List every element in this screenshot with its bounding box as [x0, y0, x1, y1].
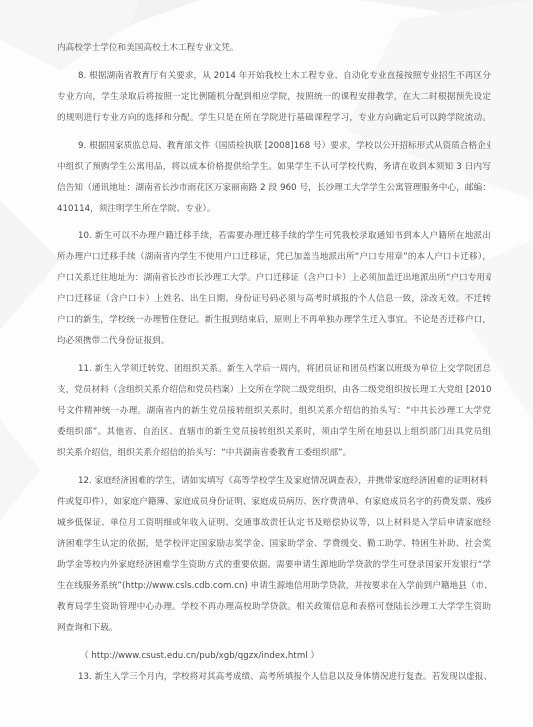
paragraph-12-line: 件或复印件），如家庭户籍簿、家庭成员身份证明、家庭成员病历、医疗费清单、有家庭成…	[57, 496, 491, 508]
paragraph-12-line: 济困难学生认定的依据，是学校评定国家励志奖学金、国家助学金、学费缓交、勤工助学、…	[57, 538, 491, 550]
paragraph-9-line: 410114，须注明学生所在学院、专业）。	[57, 203, 491, 215]
paragraph-12-line: 生在线服务系统”(http://www.csls.cdb.com.cn) 申请生…	[57, 580, 491, 592]
paragraph-11-line: 号文件精神统一办理。湖南省内的新生党员接转组织关系时，组织关系介绍信的抬头写：“…	[57, 405, 491, 417]
paragraph-10-line: 户口迁移证（含户口卡）上姓名、出生日期、身份证号码必须与高考时填报的个人信息一致…	[57, 293, 491, 305]
paragraph-line: 内高校学士学位和美国高校土木工程专业文凭。	[57, 42, 491, 54]
paragraph-11-line: 委组织部”。其他省、自治区、直辖市的新生党员接转组织关系时，须由学生所在地县以上…	[57, 426, 491, 438]
paragraph-12-line: 助学金等校内外家庭经济困难学生资助方式的重要依据。需要申请生源地助学贷款的学生可…	[57, 559, 491, 571]
paragraph-11-line: 支，党员材料（含组织关系介绍信和党员档案）上交所在学院二级党组织，由各二级党组织…	[57, 384, 491, 396]
paragraph-9-line: 中组织了预购学生公寓用品，将以成本价格提供给学生。如果学生不认可学校代购，务请在…	[57, 161, 491, 173]
paragraph-12-line: 网查询和下载。	[57, 622, 491, 634]
paragraph-10-line: 户口的新生，学校统一办理暂住登记。新生报到结束后，原则上不再单独办理学生迁入事宜…	[57, 314, 491, 326]
paragraph-12-line: 城乡低保证、单位月工资明细或年收入证明、交通事故责任认定书及赔偿协议等，以上材料…	[57, 517, 491, 529]
paragraph-8-line: 专业方向，学生录取后将按照一定比例随机分配到相应学院，按照统一的课程安排教学，在…	[57, 91, 491, 103]
paragraph-10-line: 10. 新生可以不办理户籍迁移手续，若需要办理迁移手续的学生可凭我校录取通知书到…	[78, 230, 491, 242]
paragraph-9-line: 9. 根据国家质监总局、教育部文件（国质检执联 [2008]168 号）要求，学…	[78, 140, 491, 152]
paragraph-10-line: 所办理户口迁移手续（湖南省内学生不使用户口迁移证，凭已加盖当地派出所“户口专用章…	[57, 251, 491, 263]
paragraph-10-line: 均必须携带二代身份证报到。	[57, 335, 491, 347]
aid-site-url: （ http://www.csust.edu.cn/pub/xgb/qgzx/i…	[80, 650, 380, 662]
paragraph-12-line: 教育局学生资助管理中心办理。学校不再办理高校助学贷款。相关政策信息和表格可登陆长…	[57, 601, 491, 613]
paragraph-8-line: 8. 根据湖南省教育厅有关要求，从 2014 年开始我校土木工程专业、自动化专业…	[78, 70, 491, 82]
paragraph-8-line: 的规则进行专业方向的选择和分配。学生只是在所在学院进行基础课程学习，专业方向确定…	[57, 112, 491, 124]
paragraph-13-line: 13. 新生入学三个月内，学校将对其高考成绩、高考所填报个人信息以及身体情况进行…	[78, 671, 491, 683]
paragraph-11-line: 织关系介绍信，组织关系介绍信的抬头写：“中共湖南省委教育工委组织部”。	[57, 447, 491, 459]
document-page: 内高校学士学位和美国高校土木工程专业文凭。 8. 根据湖南省教育厅有关要求，从 …	[0, 0, 533, 727]
paragraph-9-line: 信告知（通讯地址：湖南省长沙市雨花区万家丽南路 2 段 960 号，长沙理工大学…	[57, 182, 491, 194]
paragraph-11-line: 11. 新生入学须迁转党、团组织关系。新生入学后一周内，将团员证和团员档案以班级…	[78, 363, 491, 375]
paragraph-12-line: 12. 家庭经济困难的学生，请如实填写《高等学校学生及家庭情况调查表》，并携带家…	[78, 475, 491, 487]
paragraph-10-line: 户口关系迁往地址为：湖南省长沙市长沙理工大学。户口迁移证（含户口卡）上必须加盖迁…	[57, 272, 491, 284]
